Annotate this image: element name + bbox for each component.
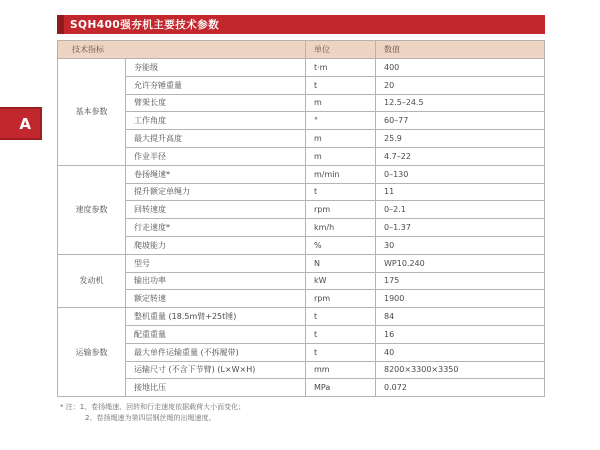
table-row: 工作角度°60–77 <box>58 112 545 130</box>
cell-unit: N <box>306 254 376 272</box>
cell-unit: rpm <box>306 201 376 219</box>
cell-unit: m <box>306 147 376 165</box>
table-row: 最大提升高度m25.9 <box>58 130 545 148</box>
group-label: 速度参数 <box>58 165 126 254</box>
cell-unit: % <box>306 236 376 254</box>
group-label: 发动机 <box>58 254 126 307</box>
cell-value: 1900 <box>376 290 545 308</box>
cell-value: 8200×3300×3350 <box>376 361 545 379</box>
footnote-line-1: * 注：1、卷扬绳速、回转和行走速度依据载荷大小而变化； <box>60 402 545 413</box>
cell-unit: ° <box>306 112 376 130</box>
cell-name: 接地比压 <box>126 379 306 397</box>
cell-value: 0–2.1 <box>376 201 545 219</box>
cell-value: 30 <box>376 236 545 254</box>
cell-value: 84 <box>376 308 545 326</box>
cell-value: 25.9 <box>376 130 545 148</box>
table-row: 最大单件运输重量 (不拆履带)t40 <box>58 343 545 361</box>
page: A SQH400强夯机主要技术参数 技术指标 单位 数值 基本参数夯能级t·m4… <box>0 0 600 450</box>
cell-name: 爬坡能力 <box>126 236 306 254</box>
cell-name: 允许夯锤重量 <box>126 76 306 94</box>
footnotes: * 注：1、卷扬绳速、回转和行走速度依据载荷大小而变化； 2、卷扬绳速为第四层钢… <box>57 402 545 424</box>
cell-value: 40 <box>376 343 545 361</box>
cell-unit: mm <box>306 361 376 379</box>
table-row: 接地比压MPa0.072 <box>58 379 545 397</box>
cell-unit: t·m <box>306 59 376 77</box>
cell-value: 400 <box>376 59 545 77</box>
cell-unit: MPa <box>306 379 376 397</box>
cell-value: 12.5–24.5 <box>376 94 545 112</box>
cell-unit: m <box>306 130 376 148</box>
cell-name: 配重重量 <box>126 325 306 343</box>
cell-name: 工作角度 <box>126 112 306 130</box>
table-row: 基本参数夯能级t·m400 <box>58 59 545 77</box>
group-label: 运输参数 <box>58 308 126 397</box>
content-area: SQH400强夯机主要技术参数 技术指标 单位 数值 基本参数夯能级t·m400… <box>57 15 545 424</box>
table-row: 输出功率kW175 <box>58 272 545 290</box>
header-value: 数值 <box>376 41 545 59</box>
cell-name: 运输尺寸 (不含下节臂) (L×W×H) <box>126 361 306 379</box>
cell-name: 额定转速 <box>126 290 306 308</box>
title-bar: SQH400强夯机主要技术参数 <box>57 15 545 34</box>
cell-name: 整机重量 (18.5m臂+25t锤) <box>126 308 306 326</box>
table-row: 爬坡能力%30 <box>58 236 545 254</box>
cell-value: 11 <box>376 183 545 201</box>
table-row: 作业半径m4.7–22 <box>58 147 545 165</box>
page-title: SQH400强夯机主要技术参数 <box>57 17 219 32</box>
section-tab-label: A <box>19 115 31 133</box>
header-unit: 单位 <box>306 41 376 59</box>
table-row: 行走速度*km/h0–1.37 <box>58 219 545 237</box>
cell-name: 夯能级 <box>126 59 306 77</box>
cell-name: 最大提升高度 <box>126 130 306 148</box>
cell-unit: t <box>306 343 376 361</box>
cell-value: 0–1.37 <box>376 219 545 237</box>
table-row: 配重重量t16 <box>58 325 545 343</box>
spec-table-body: 基本参数夯能级t·m400允许夯锤重量t20臂架长度m12.5–24.5工作角度… <box>58 59 545 397</box>
table-row: 额定转速rpm1900 <box>58 290 545 308</box>
header-technical-indicator: 技术指标 <box>58 41 306 59</box>
table-row: 速度参数卷扬绳速*m/min0–130 <box>58 165 545 183</box>
cell-value: 0.072 <box>376 379 545 397</box>
cell-name: 行走速度* <box>126 219 306 237</box>
cell-name: 卷扬绳速* <box>126 165 306 183</box>
table-row: 运输参数整机重量 (18.5m臂+25t锤)t84 <box>58 308 545 326</box>
cell-name: 提升额定单绳力 <box>126 183 306 201</box>
cell-name: 臂架长度 <box>126 94 306 112</box>
table-row: 臂架长度m12.5–24.5 <box>58 94 545 112</box>
footnote-line-2: 2、卷扬绳速为第四层钢丝绳的出绳速度。 <box>60 413 545 424</box>
cell-name: 型号 <box>126 254 306 272</box>
table-header-row: 技术指标 单位 数值 <box>58 41 545 59</box>
section-tab-a[interactable]: A <box>0 107 42 140</box>
table-row: 运输尺寸 (不含下节臂) (L×W×H)mm8200×3300×3350 <box>58 361 545 379</box>
cell-unit: m <box>306 94 376 112</box>
cell-unit: km/h <box>306 219 376 237</box>
cell-name: 输出功率 <box>126 272 306 290</box>
table-row: 发动机型号NWP10.240 <box>58 254 545 272</box>
cell-unit: t <box>306 76 376 94</box>
cell-unit: t <box>306 308 376 326</box>
cell-unit: t <box>306 325 376 343</box>
cell-unit: m/min <box>306 165 376 183</box>
cell-value: 175 <box>376 272 545 290</box>
cell-value: 60–77 <box>376 112 545 130</box>
table-row: 提升额定单绳力t11 <box>58 183 545 201</box>
cell-unit: kW <box>306 272 376 290</box>
cell-value: WP10.240 <box>376 254 545 272</box>
cell-name: 作业半径 <box>126 147 306 165</box>
cell-value: 0–130 <box>376 165 545 183</box>
cell-unit: rpm <box>306 290 376 308</box>
cell-value: 4.7–22 <box>376 147 545 165</box>
cell-unit: t <box>306 183 376 201</box>
cell-value: 16 <box>376 325 545 343</box>
spec-table: 技术指标 单位 数值 基本参数夯能级t·m400允许夯锤重量t20臂架长度m12… <box>57 40 545 397</box>
table-row: 允许夯锤重量t20 <box>58 76 545 94</box>
cell-value: 20 <box>376 76 545 94</box>
cell-name: 最大单件运输重量 (不拆履带) <box>126 343 306 361</box>
table-row: 回转速度rpm0–2.1 <box>58 201 545 219</box>
title-accent-block <box>57 15 64 34</box>
cell-name: 回转速度 <box>126 201 306 219</box>
group-label: 基本参数 <box>58 59 126 166</box>
